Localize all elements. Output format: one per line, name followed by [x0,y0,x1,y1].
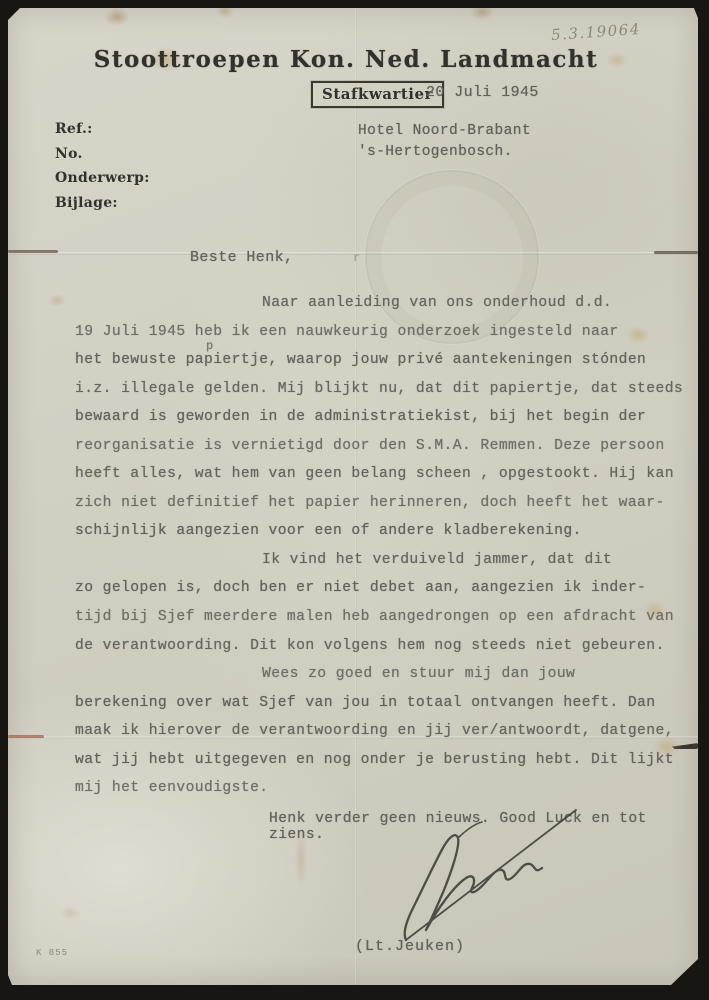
stain [104,8,130,26]
typed-line: Naar aanleiding van ons onderhoud d.d. [75,295,665,324]
typed-line: berekening over wat Sjef van jou in tota… [75,695,665,724]
stain [60,906,80,920]
ref-label: Ref.: [55,121,150,146]
letter-body: Naar aanleiding van ons onderhoud d.d.19… [75,295,665,809]
salutation: Beste Henk, [190,249,293,266]
signature-antoon [344,794,600,946]
no-label: No. [55,146,150,171]
letterhead-title: Stoottroepen Kon. Ned. Landmacht [8,46,684,73]
scan-background: 5.3.19064 Stoottroepen Kon. Ned. Landmac… [0,0,709,1000]
typed-line: Wees zo goed en stuur mij dan jouw [75,666,665,695]
stray-typed-mark: r [353,251,361,265]
reference-block: Ref.: No. Onderwerp: Bijlage: [55,121,150,219]
typed-line: wat jij hebt uitgegeven en nog onder je … [75,752,665,781]
address-line: Hotel Noord-Brabant [358,121,531,142]
sender-address: Hotel Noord-Brabant 's-Hertogenbosch. [358,121,531,163]
letter-page: 5.3.19064 Stoottroepen Kon. Ned. Landmac… [8,8,698,985]
typed-line: het bewuste papiertje, waarop jouw privé… [75,352,665,381]
letter-date: 20 Juli 1945 [426,84,539,101]
edge-tear [672,743,698,749]
typed-line: heeft alles, wat hem van geen belang sch… [75,466,665,495]
typed-line: schijnlijk aangezien voor een of andere … [75,523,665,552]
typed-line: de verantwoording. Dit kon volgens hem n… [75,638,665,667]
typed-line: bewaard is geworden in de administratiek… [75,409,665,438]
address-line: 's-Hertogenbosch. [358,142,531,163]
typed-line: zich niet definitief het papier herinner… [75,495,665,524]
form-number: K 855 [36,948,68,958]
stafkwartier-stamp-box: Stafkwartier [311,81,444,108]
enclosure-label: Bijlage: [55,195,150,220]
typed-line: maak ik hierover de verantwoording en ji… [75,723,665,752]
typed-line: zo gelopen is, doch ben er niet debet aa… [75,580,665,609]
typed-line: 19 Juli 1945 heb ik een nauwkeurig onder… [75,324,665,353]
signed-by: (Lt.Jeuken) [355,938,465,955]
stain [216,4,234,18]
stain [48,294,66,307]
typed-line: reorganisatie is vernietigd door den S.M… [75,438,665,467]
subject-label: Onderwerp: [55,170,150,195]
typed-line: tijd bij Sjef meerdere malen heb aangedr… [75,609,665,638]
fold-edge-mark [8,250,58,253]
stain [470,4,494,20]
typed-line: i.z. illegale gelden. Mij blijkt nu, dat… [75,381,665,410]
fold-edge-mark [654,251,698,254]
typed-line: Ik vind het verduiveld jammer, dat dit [75,552,665,581]
fold-edge-mark [8,735,44,738]
archive-number-annotation: 5.3.19064 [550,20,641,44]
